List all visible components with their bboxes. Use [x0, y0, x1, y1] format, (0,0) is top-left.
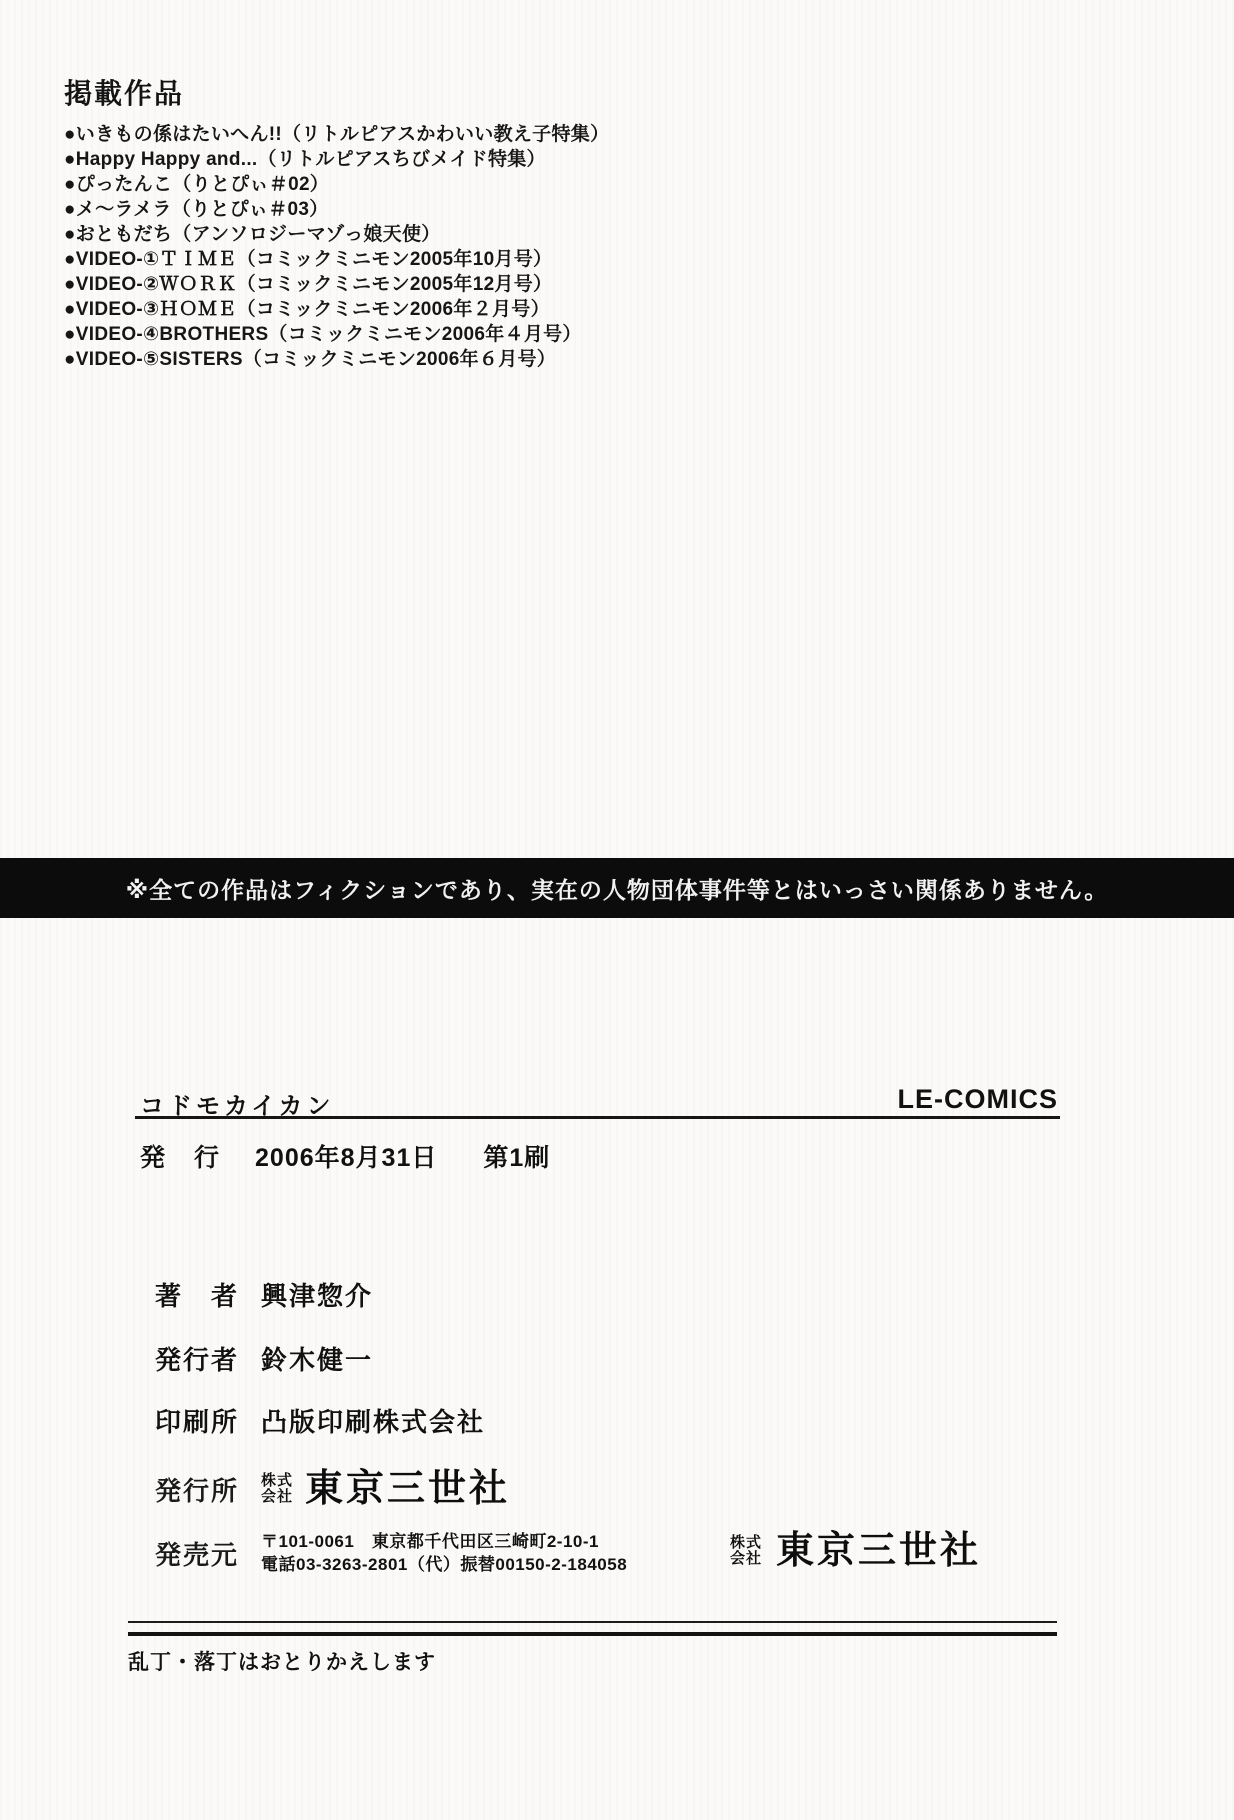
issue-printing: 第1刷 [483, 1138, 550, 1174]
publisher-label: 発行所 [155, 1471, 241, 1508]
distributor-row: 発売元 〒101-0061 東京都千代田区三崎町2-10-1 電話03-3263… [155, 1530, 627, 1576]
corp-type-bottom: 会社 [730, 1551, 762, 1567]
title-rule [135, 1116, 1060, 1119]
work-item: ●メ～ラメラ（りとぴぃ＃03） [64, 197, 684, 222]
distributor-label: 発売元 [155, 1535, 241, 1572]
corp-type-bottom: 会社 [261, 1489, 293, 1505]
work-item: ●ぴったんこ（りとぴぃ＃02） [64, 172, 684, 197]
work-item: ●VIDEO-③ＨＯＭＥ（コミックミニモン2006年２月号） [64, 297, 684, 322]
credit-value: 凸版印刷株式会社 [261, 1402, 485, 1439]
distributor-address: 〒101-0061 東京都千代田区三崎町2-10-1 電話03-3263-280… [261, 1530, 627, 1576]
work-item: ●おともだち（アンソロジーマゾっ娘天使） [64, 222, 684, 247]
work-item: ●Happy Happy and...（リトルピアスちびメイド特集） [64, 147, 684, 172]
distributor-address-line1: 〒101-0061 東京都千代田区三崎町2-10-1 [261, 1530, 627, 1553]
work-item: ●VIDEO-④BROTHERS（コミックミニモン2006年４月号） [64, 322, 684, 347]
distributor-corp: 株式 会社 東京三世社 [730, 1532, 981, 1570]
works-list: ●いきもの係はたいへん!!（リトルピアスかわいい教え子特集） ●Happy Ha… [64, 122, 684, 372]
distributor-name: 東京三世社 [776, 1532, 981, 1570]
credit-label: 発行者 [155, 1340, 241, 1377]
disclaimer-text: ※全ての作品はフィクションであり、実在の人物団体事件等とはいっさい関係ありません… [126, 872, 1108, 905]
publisher-corp-type: 株式 会社 [261, 1473, 293, 1505]
work-item: ●VIDEO-②ＷＯＲＫ（コミックミニモン2005年12月号） [64, 272, 684, 297]
disclaimer-banner: ※全ての作品はフィクションであり、実在の人物団体事件等とはいっさい関係ありません… [0, 858, 1234, 918]
credit-row-issuer: 発行者 鈴木健一 [155, 1340, 373, 1377]
credit-value: 鈴木健一 [261, 1340, 373, 1377]
issue-label: 発 行 [140, 1138, 221, 1174]
publisher-name: 東京三世社 [305, 1470, 510, 1508]
credit-row-author: 著 者 興津惣介 [155, 1276, 373, 1313]
work-item: ●VIDEO-⑤SISTERS（コミックミニモン2006年６月号） [64, 347, 684, 372]
distributor-corp-type: 株式 会社 [730, 1535, 762, 1567]
separator-thick [128, 1632, 1057, 1636]
credit-label: 著 者 [155, 1276, 241, 1313]
issue-row: 発 行 2006年8月31日 第1刷 [140, 1138, 550, 1174]
corp-type-top: 株式 [730, 1535, 762, 1551]
works-section: 掲載作品 ●いきもの係はたいへん!!（リトルピアスかわいい教え子特集） ●Hap… [64, 72, 684, 372]
issue-date: 2006年8月31日 [255, 1138, 437, 1174]
corp-type-top: 株式 [261, 1473, 293, 1489]
distributor-address-line2: 電話03-3263-2801（代）振替00150-2-184058 [261, 1553, 627, 1576]
colophon-page: { "works": { "heading": "掲載作品", "items":… [0, 0, 1234, 1820]
work-item: ●VIDEO-①ＴＩＭＥ（コミックミニモン2005年10月号） [64, 247, 684, 272]
credit-label: 印刷所 [155, 1402, 241, 1439]
separator-thin [128, 1621, 1057, 1623]
publisher-row: 発行所 株式 会社 東京三世社 [155, 1470, 510, 1508]
works-heading: 掲載作品 [64, 72, 684, 112]
imprint-label: LE-COMICS [898, 1084, 1059, 1115]
credit-row-printer: 印刷所 凸版印刷株式会社 [155, 1402, 485, 1439]
work-item: ●いきもの係はたいへん!!（リトルピアスかわいい教え子特集） [64, 122, 684, 147]
credit-value: 興津惣介 [261, 1276, 373, 1313]
return-note: 乱丁・落丁はおとりかえします [128, 1646, 436, 1676]
